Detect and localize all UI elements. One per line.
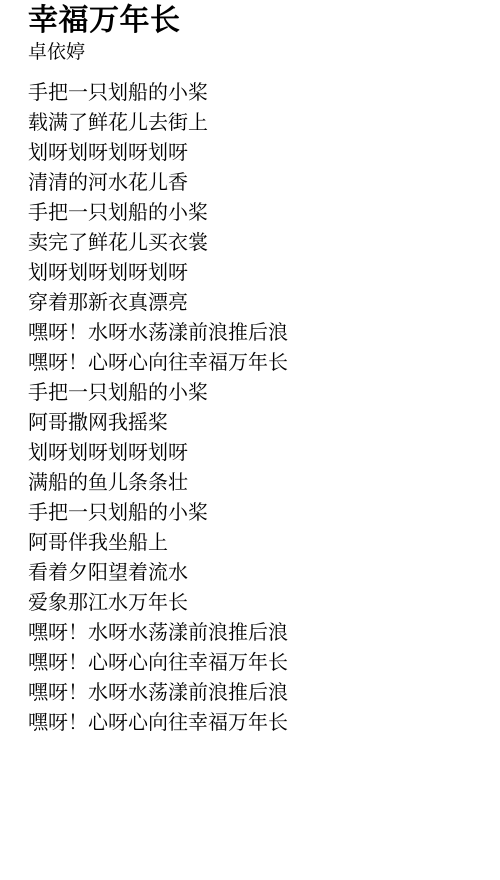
artist-name: 卓依婷 xyxy=(28,42,85,64)
lyric-line: 手把一只划船的小桨 xyxy=(28,78,288,108)
lyric-line: 划呀划呀划呀划呀 xyxy=(28,138,288,168)
lyric-line: 划呀划呀划呀划呀 xyxy=(28,438,288,468)
lyrics-list: 手把一只划船的小桨载满了鲜花儿去街上划呀划呀划呀划呀清清的河水花儿香手把一只划船… xyxy=(28,78,288,738)
lyric-line: 看着夕阳望着流水 xyxy=(28,558,288,588)
lyric-line: 嘿呀！心呀心向往幸福万年长 xyxy=(28,348,288,378)
lyric-line: 嘿呀！心呀心向往幸福万年长 xyxy=(28,648,288,678)
lyric-line: 穿着那新衣真漂亮 xyxy=(28,288,288,318)
lyric-line: 嘿呀！心呀心向往幸福万年长 xyxy=(28,708,288,738)
lyric-line: 满船的鱼儿条条壮 xyxy=(28,468,288,498)
lyric-line: 手把一只划船的小桨 xyxy=(28,378,288,408)
song-title: 幸福万年长 xyxy=(28,3,181,39)
lyrics-page: 幸福万年长 卓依婷 手把一只划船的小桨载满了鲜花儿去街上划呀划呀划呀划呀清清的河… xyxy=(0,0,500,880)
lyric-line: 嘿呀！水呀水荡漾前浪推后浪 xyxy=(28,318,288,348)
lyric-line: 载满了鲜花儿去街上 xyxy=(28,108,288,138)
lyric-line: 爱象那江水万年长 xyxy=(28,588,288,618)
lyric-line: 嘿呀！水呀水荡漾前浪推后浪 xyxy=(28,678,288,708)
lyric-line: 手把一只划船的小桨 xyxy=(28,198,288,228)
lyric-line: 清清的河水花儿香 xyxy=(28,168,288,198)
lyric-line: 阿哥伴我坐船上 xyxy=(28,528,288,558)
lyric-line: 卖完了鲜花儿买衣裳 xyxy=(28,228,288,258)
lyric-line: 阿哥撒网我摇桨 xyxy=(28,408,288,438)
lyric-line: 划呀划呀划呀划呀 xyxy=(28,258,288,288)
lyric-line: 手把一只划船的小桨 xyxy=(28,498,288,528)
lyric-line: 嘿呀！水呀水荡漾前浪推后浪 xyxy=(28,618,288,648)
